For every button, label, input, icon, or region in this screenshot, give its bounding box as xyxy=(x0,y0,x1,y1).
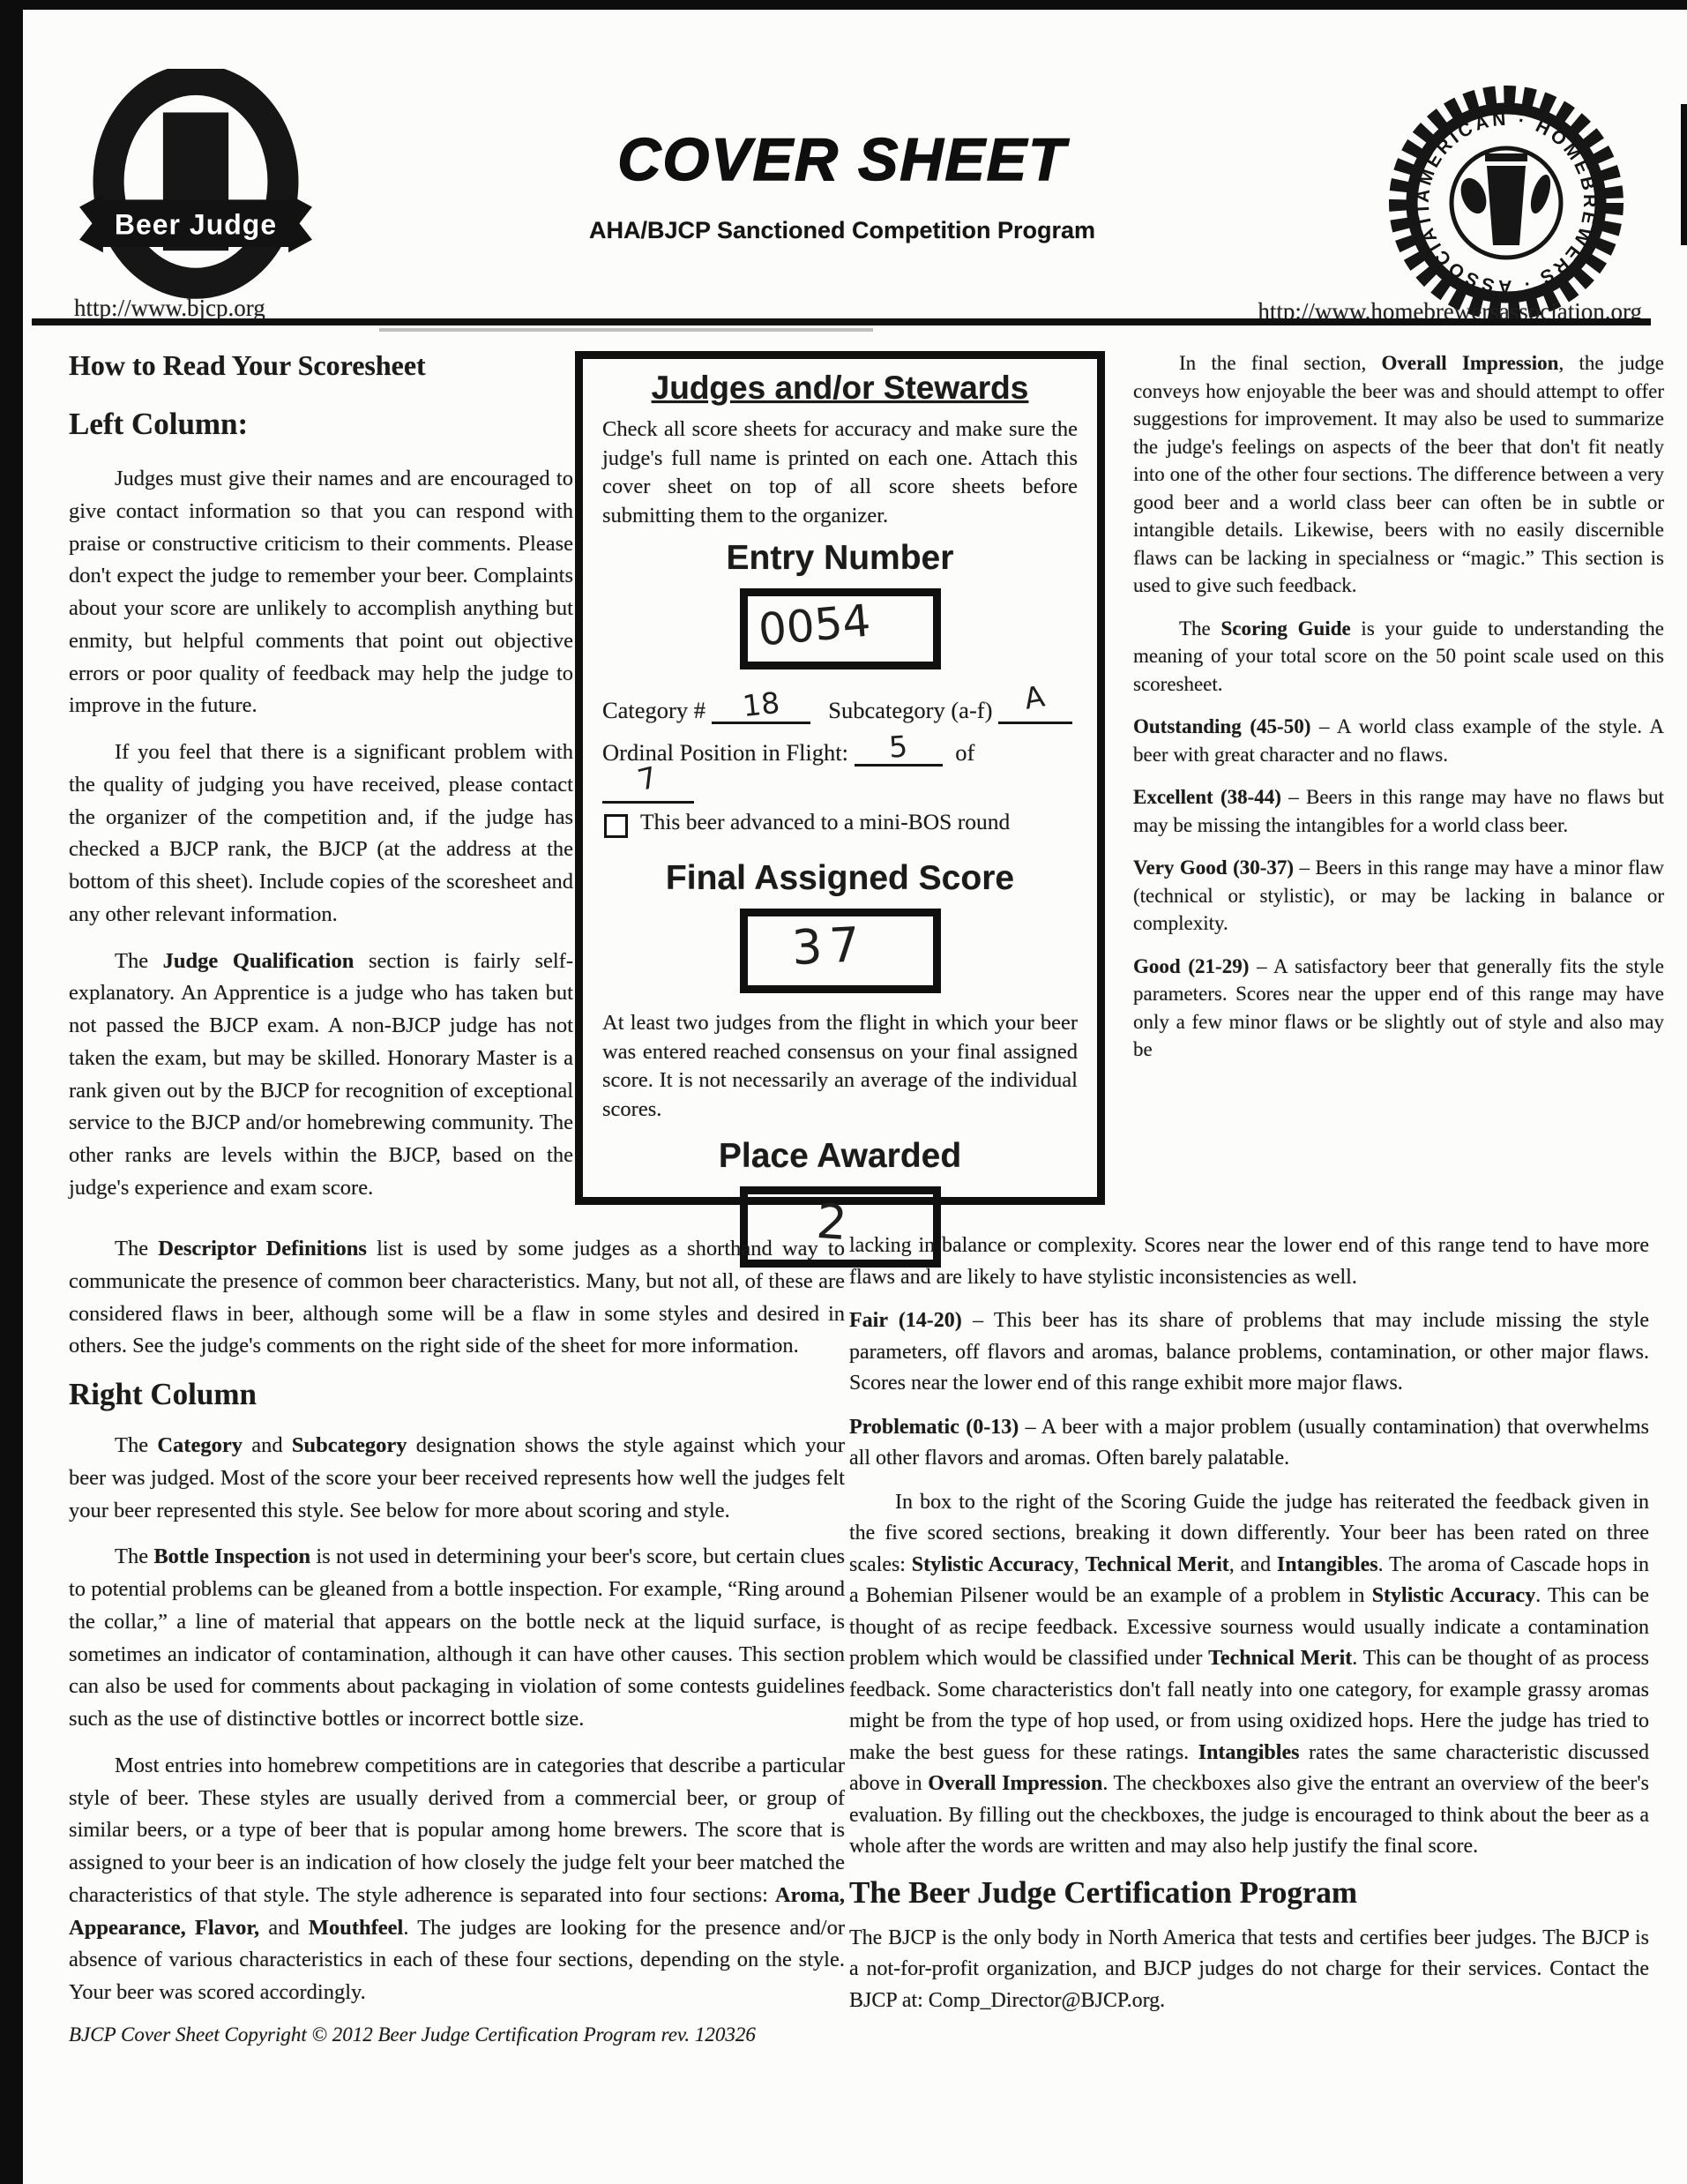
category-value: 18 xyxy=(741,685,781,723)
of-label: of xyxy=(955,739,974,766)
subcategory-label: Subcategory (a-f) xyxy=(828,697,992,723)
para-overall-impression: In the final section, Overall Impression… xyxy=(1133,349,1664,600)
category-label: Category # xyxy=(602,697,705,723)
rating-excellent: Excellent (38-44) – Beers in this range … xyxy=(1133,783,1664,839)
rating-good-part1: Good (21-29) – A satisfactory beer that … xyxy=(1133,953,1664,1064)
subcategory-value: A xyxy=(1021,679,1047,716)
right-column-heading: Right Column xyxy=(69,1377,845,1412)
entry-number-value: 0054 xyxy=(756,595,872,656)
page-subtitle: AHA/BJCP Sanctioned Competition Program xyxy=(481,217,1204,244)
para-judging-problem: If you feel that there is a significant … xyxy=(69,737,573,931)
minibos-label: This beer advanced to a mini-BOS round xyxy=(640,809,1010,835)
aha-logo-graphic: AMERICAN · HOMEBREWERS · ASSOCIATION · xyxy=(1383,79,1630,326)
para-category-subcategory: The Category and Subcategory designation… xyxy=(69,1430,845,1527)
final-score-label: Final Assigned Score xyxy=(602,859,1078,898)
entry-number-label: Entry Number xyxy=(602,539,1078,578)
aha-logo: AMERICAN · HOMEBREWERS · ASSOCIATION · xyxy=(1383,79,1630,326)
bjcp-logo-banner-text: Beer Judge xyxy=(115,209,277,241)
minibos-checkbox[interactable] xyxy=(604,814,628,838)
para-judge-qualification: The Judge Qualification section is fairl… xyxy=(69,946,573,1205)
page-title: COVER SHEET xyxy=(481,125,1204,194)
place-awarded-label: Place Awarded xyxy=(602,1137,1078,1176)
para-style-categories: Most entries into homebrew competitions … xyxy=(69,1750,845,2009)
cover-sheet-page: Beer Judge AMERICAN · HOMEBREWERS · ASSO… xyxy=(0,0,1687,2184)
subcategory-field[interactable]: A xyxy=(998,687,1072,724)
judges-stewards-box: Judges and/or Stewards Check all score s… xyxy=(575,351,1105,1205)
judges-stewards-title: Judges and/or Stewards xyxy=(602,370,1078,407)
ordinal-line: Ordinal Position in Flight: 5 of 7 xyxy=(602,729,1078,804)
para-scoring-guide: The Scoring Guide is your guide to under… xyxy=(1133,615,1664,699)
ordinal-total-field[interactable]: 7 xyxy=(602,767,694,804)
para-bottle-inspection: The Bottle Inspection is not used in det… xyxy=(69,1541,845,1736)
scan-edge-right xyxy=(1681,104,1687,245)
copyright-line: BJCP Cover Sheet Copyright © 2012 Beer J… xyxy=(69,2023,845,2046)
rating-good-part2: lacking in balance or complexity. Scores… xyxy=(849,1230,1649,1293)
header-divider xyxy=(32,318,1651,325)
category-line: Category # 18 Subcategory (a-f) A xyxy=(602,687,1078,724)
box-instructions: Check all score sheets for accuracy and … xyxy=(602,415,1078,530)
para-judges-names: Judges must give their names and are enc… xyxy=(69,463,573,722)
right-column-lower: lacking in balance or complexity. Scores… xyxy=(849,1230,1649,2029)
ordinal-position-field[interactable]: 5 xyxy=(855,729,943,767)
rating-very-good: Very Good (30-37) – Beers in this range … xyxy=(1133,854,1664,938)
left-column-heading: Left Column: xyxy=(69,407,573,442)
rating-fair: Fair (14-20) – This beer has its share o… xyxy=(849,1305,1649,1400)
final-score-value: 37 xyxy=(790,916,868,976)
consensus-note: At least two judges from the flight in w… xyxy=(602,1009,1078,1124)
entry-number-box[interactable]: 0054 xyxy=(740,588,941,669)
para-descriptor-definitions: The Descriptor Definitions list is used … xyxy=(69,1233,845,1363)
rating-outstanding: Outstanding (45-50) – A world class exam… xyxy=(1133,713,1664,768)
ordinal-position-value: 5 xyxy=(888,729,909,765)
scan-edge-top xyxy=(0,0,1687,10)
para-three-scales: In box to the right of the Scoring Guide… xyxy=(849,1487,1649,1863)
right-column-upper: In the final section, Overall Impression… xyxy=(1133,349,1664,1079)
bjcp-logo: Beer Judge xyxy=(78,69,314,305)
left-column-lower: The Descriptor Definitions list is used … xyxy=(69,1233,845,2046)
category-field[interactable]: 18 xyxy=(712,687,810,724)
bjcp-program-heading: The Beer Judge Certification Program xyxy=(849,1875,1649,1911)
final-score-box[interactable]: 37 xyxy=(740,909,941,993)
how-to-read-heading: How to Read Your Scoresheet xyxy=(69,349,573,382)
minibos-line: This beer advanced to a mini-BOS round xyxy=(602,809,1078,838)
para-bjcp-program: The BJCP is the only body in North Ameri… xyxy=(849,1923,1649,2017)
rating-problematic: Problematic (0-13) – A beer with a major… xyxy=(849,1412,1649,1475)
bjcp-logo-graphic: Beer Judge xyxy=(78,69,314,305)
left-column-upper: How to Read Your Scoresheet Left Column:… xyxy=(69,349,573,1219)
scan-smudge xyxy=(379,328,873,332)
scan-edge-left xyxy=(0,0,23,2184)
